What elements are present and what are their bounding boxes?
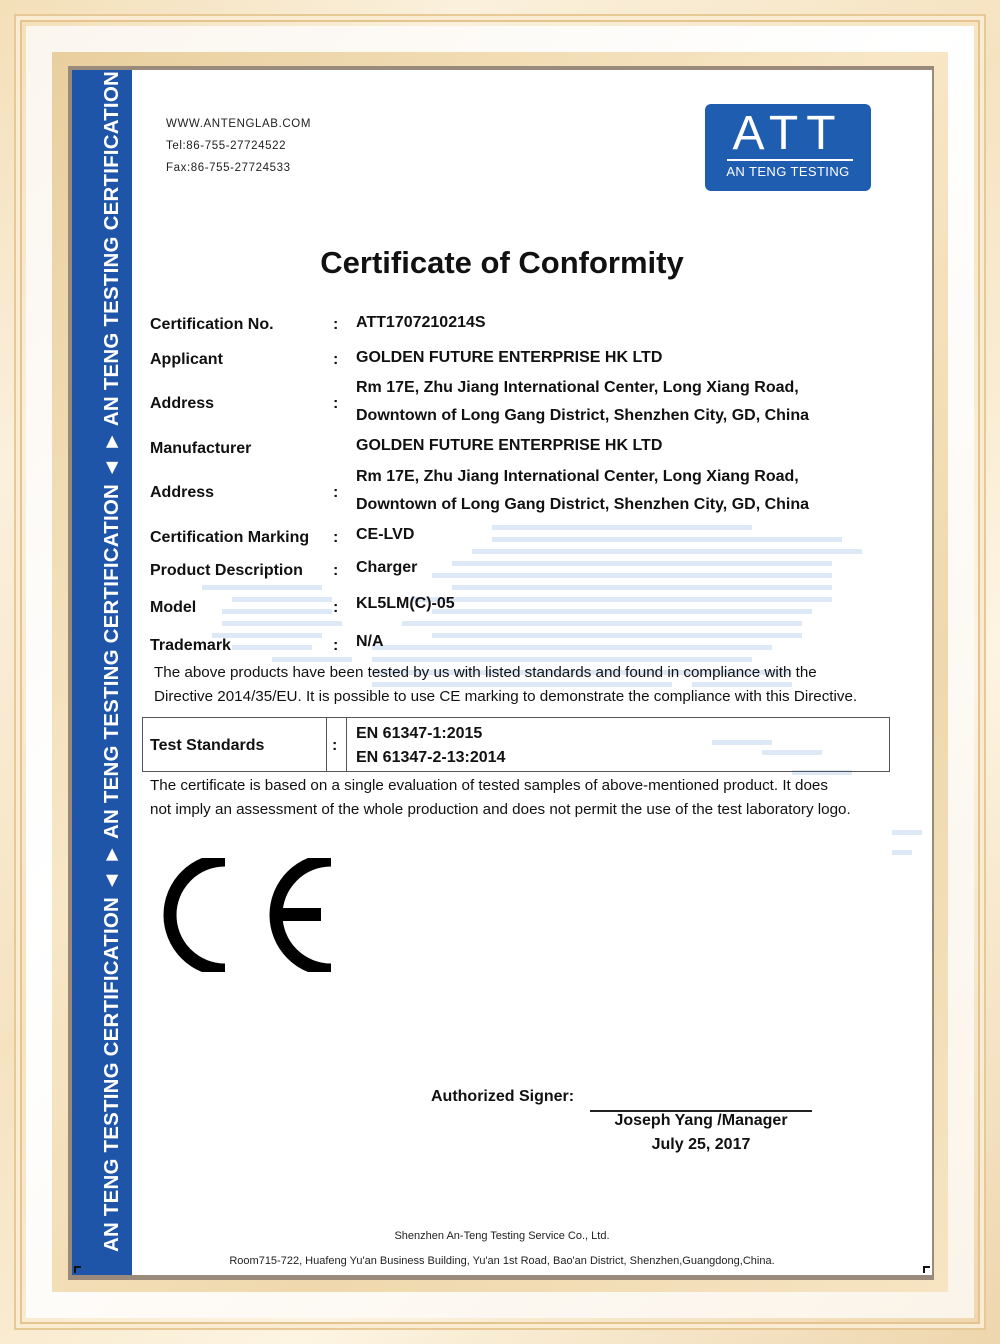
- applicant-address-line1: Rm 17E, Zhu Jiang International Center, …: [356, 379, 799, 397]
- colon: :: [333, 637, 338, 655]
- colon: :: [333, 316, 338, 334]
- model-label: Model: [150, 599, 196, 617]
- compliance-line2: Directive 2014/35/EU. It is possible to …: [154, 688, 857, 705]
- cert-no-label: Certification No.: [150, 316, 274, 334]
- ce-mark-icon: [158, 858, 338, 972]
- authorized-signer-label: Authorized Signer:: [431, 1088, 574, 1106]
- trademark-label: Trademark: [150, 637, 231, 655]
- cert-no-value: ATT1707210214S: [356, 314, 486, 332]
- fax-text: Fax:86-755-27724533: [166, 162, 291, 174]
- logo-acronym: ATT: [705, 110, 871, 158]
- trademark-value: N/A: [356, 633, 384, 651]
- att-logo: ATT AN TENG TESTING: [705, 104, 871, 191]
- manufacturer-label: Manufacturer: [150, 440, 251, 458]
- applicant-value: GOLDEN FUTURE ENTERPRISE HK LTD: [356, 349, 662, 367]
- applicant-address-label: Address: [150, 395, 214, 413]
- colon: :: [333, 484, 338, 502]
- page-title: Certificate of Conformity: [72, 245, 932, 281]
- divider: [346, 718, 347, 771]
- footer-address: Room715-722, Huafeng Yu'an Business Buil…: [72, 1255, 932, 1267]
- corner-mark: [74, 1266, 81, 1273]
- website-text: WWW.ANTENGLAB.COM: [166, 118, 311, 130]
- tel-text: Tel:86-755-27724522: [166, 140, 286, 152]
- divider: [326, 718, 327, 771]
- logo-name: AN TENG TESTING: [705, 164, 871, 179]
- product-value: Charger: [356, 559, 417, 577]
- certificate-paper: AN TENG TESTING CERTIFICATION ◄ ► AN TEN…: [72, 70, 932, 1275]
- applicant-address-line2: Downtown of Long Gang District, Shenzhen…: [356, 407, 809, 425]
- footer-company: Shenzhen An-Teng Testing Service Co., Lt…: [72, 1230, 932, 1242]
- standard-item: EN 61347-1:2015: [356, 725, 482, 743]
- manufacturer-value: GOLDEN FUTURE ENTERPRISE HK LTD: [356, 437, 662, 455]
- manufacturer-address-line2: Downtown of Long Gang District, Shenzhen…: [356, 496, 809, 514]
- test-standards-box: Test Standards : EN 61347-1:2015 EN 6134…: [142, 717, 890, 772]
- colon: :: [333, 599, 338, 617]
- marking-label: Certification Marking: [150, 529, 309, 547]
- disclaimer-line1: The certificate is based on a single eva…: [150, 777, 828, 794]
- manufacturer-address-label: Address: [150, 484, 214, 502]
- disclaimer-line2: not imply an assessment of the whole pro…: [150, 801, 851, 818]
- colon: :: [332, 737, 337, 755]
- corner-mark: [923, 1266, 930, 1273]
- colon: :: [333, 529, 338, 547]
- standard-item: EN 61347-2-13:2014: [356, 749, 505, 767]
- test-standards-label: Test Standards: [150, 737, 264, 755]
- product-label: Product Description: [150, 562, 303, 580]
- logo-divider: [727, 159, 853, 161]
- applicant-label: Applicant: [150, 351, 223, 369]
- colon: :: [333, 395, 338, 413]
- colon: :: [333, 351, 338, 369]
- signature-date: July 25, 2017: [590, 1136, 812, 1154]
- colon: :: [333, 562, 338, 580]
- model-value: KL5LM(C)-05: [356, 595, 455, 613]
- compliance-line1: The above products have been tested by u…: [154, 664, 817, 681]
- manufacturer-address-line1: Rm 17E, Zhu Jiang International Center, …: [356, 468, 799, 486]
- signer-name: Joseph Yang /Manager: [590, 1112, 812, 1130]
- marking-value: CE-LVD: [356, 526, 414, 544]
